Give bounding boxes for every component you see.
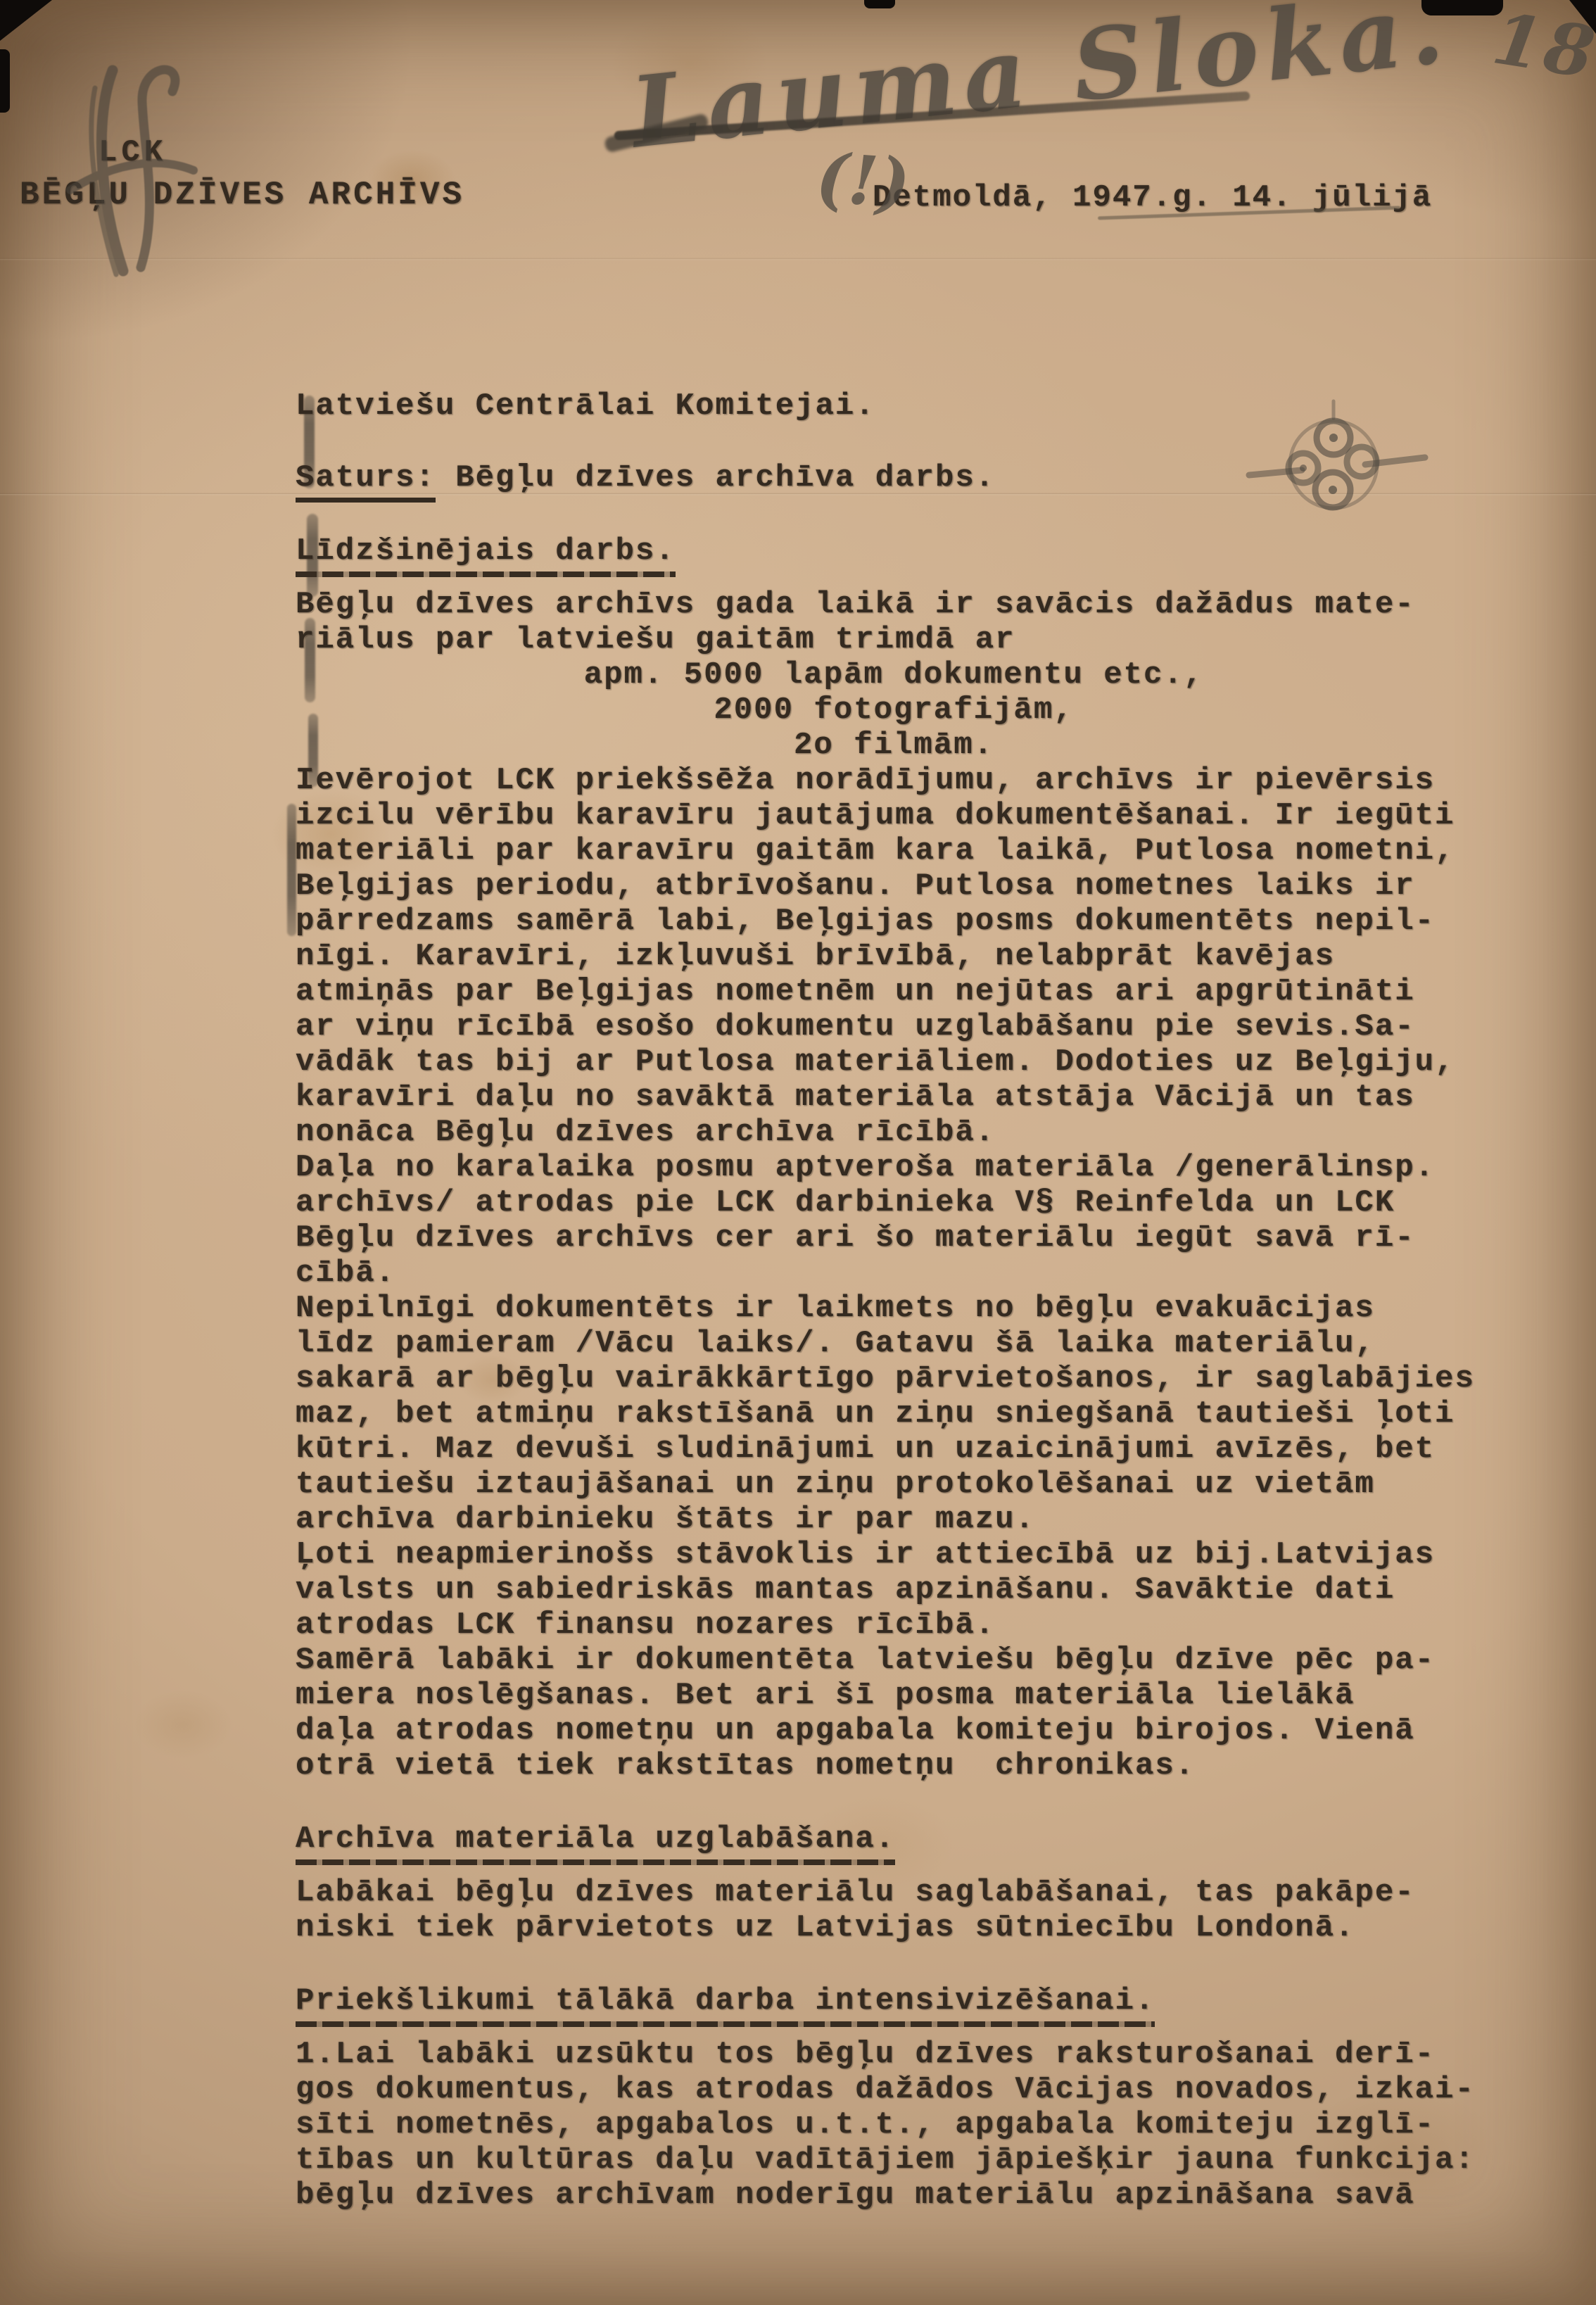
text-line: līdz pamieram /Vācu laiks/. Gatavu šā la… (296, 1326, 1492, 1361)
scan-edge-mark (864, 0, 895, 8)
paragraph: Labākai bēgļu dzīves materiālu saglabāša… (296, 1875, 1492, 1945)
document-body: Latviešu Centrālai Komitejai.Saturs: Bēg… (296, 389, 1492, 2213)
text-line: archīvs/ atrodas pie LCK darbinieka V§ R… (296, 1185, 1492, 1220)
text-line: tības un kultūras daļu vadītājiem jāpieš… (296, 2142, 1492, 2178)
section-heading: Archīva materiāla uzglabāšana. (296, 1821, 1492, 1865)
text-line: materiāli par karavīru gaitām kara laikā… (296, 833, 1492, 869)
text-line: Beļgijas periodu, atbrīvošanu. Putlosa n… (296, 869, 1492, 904)
text-line: sīti nometnēs, apgabalos u.t.t., apgabal… (296, 2107, 1492, 2142)
text-line: valsts un sabiedriskās mantas apzināšanu… (296, 1572, 1492, 1608)
page-number: 18 (1488, 0, 1596, 95)
paragraph: Bēgļu dzīves archīvs gada laikā ir savāc… (296, 587, 1492, 657)
paragraph: Ievērojot LCK priekšsēža norādījumu, arc… (296, 763, 1492, 1150)
text-line: cībā. (296, 1256, 1492, 1291)
text-line: kūtri. Maz devuši sludinājumi un uzaicin… (296, 1432, 1492, 1467)
section-heading: Līdzšinējais darbs. (296, 533, 1492, 577)
subject-label: Saturs: (296, 460, 436, 503)
text-line: 1.Lai labāki uzsūktu tos bēgļu dzīves ra… (296, 2037, 1492, 2072)
text-line: bēgļu dzīves archīvam noderīgu materiālu… (296, 2178, 1492, 2213)
text-line: maz, bet atmiņu rakstīšanā un ziņu snieg… (296, 1396, 1492, 1432)
paragraph: Samērā labāki ir dokumentēta latviešu bē… (296, 1643, 1492, 1783)
text-line: gos dokumentus, kas atrodas dažādos Vāci… (296, 2072, 1492, 2107)
text-line: Labākai bēgļu dzīves materiālu saglabāša… (296, 1875, 1492, 1910)
text-line: Samērā labāki ir dokumentēta latviešu bē… (296, 1643, 1492, 1678)
text-line: archīva darbinieku štāts ir par mazu. (296, 1502, 1492, 1537)
exclamation-mark: (!) (813, 137, 913, 223)
text-line: Nepilnīgi dokumentēts ir laikmets no bēg… (296, 1291, 1492, 1326)
text-line: miera noslēgšanas. Bet ari šī posma mate… (296, 1678, 1492, 1713)
paragraph: Latviešu Centrālai Komitejai. (296, 389, 1492, 424)
text-line: Latviešu Centrālai Komitejai. (296, 389, 1492, 424)
text-line: Archīva materiāla uzglabāšana. (296, 1821, 895, 1865)
text-line: 2o filmām. (296, 728, 1492, 763)
section-heading: Priekšlikumi tālākā darba intensivizēšan… (296, 1983, 1492, 2027)
text-line: atmiņās par Beļgijas nometnēm un nejūtas… (296, 974, 1492, 1009)
text-line: otrā vietā tiek rakstītas nometņu chroni… (296, 1748, 1492, 1783)
text-line: atrodas LCK finansu nozares rīcībā. (296, 1608, 1492, 1643)
text-line: Līdzšinējais darbs. (296, 533, 676, 577)
text-line: daļa atrodas nometņu un apgabala komitej… (296, 1713, 1492, 1748)
text-line: Bēgļu dzīves archīvs cer ari šo materiāl… (296, 1220, 1492, 1256)
paragraph: Saturs: Bēgļu dzīves archīva darbs. (296, 460, 1492, 495)
subject-text: Bēgļu dzīves archīva darbs. (436, 460, 995, 495)
text-line: niski tiek pārvietots uz Latvijas sūtnie… (296, 1910, 1492, 1945)
text-line: karavīri daļu no savāktā materiāla atstā… (296, 1080, 1492, 1115)
scan-edge-mark (0, 49, 10, 113)
text-line: Ļoti neapmierinošs stāvoklis ir attiecīb… (296, 1537, 1492, 1572)
text-line: apm. 5000 lapām dokumentu etc., (296, 657, 1492, 693)
paragraph: Ļoti neapmierinošs stāvoklis ir attiecīb… (296, 1537, 1492, 1643)
paragraph: Nepilnīgi dokumentēts ir laikmets no bēg… (296, 1291, 1492, 1537)
text-line: nīgi. Karavīri, izkļuvuši brīvībā, nelab… (296, 939, 1492, 974)
paragraph: 1.Lai labāki uzsūktu tos bēgļu dzīves ra… (296, 2037, 1492, 2213)
text-line: Daļa no karalaika posmu aptveroša materi… (296, 1150, 1492, 1185)
text-line: 2000 fotografijām, (296, 693, 1492, 728)
text-line: tautiešu iztaujāšanai un ziņu protokolēš… (296, 1467, 1492, 1502)
text-line: Ievērojot LCK priekšsēža norādījumu, arc… (296, 763, 1492, 798)
text-line: ar viņu rīcībā esošo dokumentu uzglabāša… (296, 1009, 1492, 1044)
paragraph: apm. 5000 lapām dokumentu etc.,2000 foto… (296, 657, 1492, 763)
text-line: izcilu vērību karavīru jautājuma dokumen… (296, 798, 1492, 833)
text-line: sakarā ar bēgļu vairākkārtīgo pārvietoša… (296, 1361, 1492, 1396)
text-line: Bēgļu dzīves archīvs gada laikā ir savāc… (296, 587, 1492, 622)
paragraph: Daļa no karalaika posmu aptveroša materi… (296, 1150, 1492, 1291)
text-line: pārredzams samērā labi, Beļgijas posms d… (296, 904, 1492, 939)
text-line: Priekšlikumi tālākā darba intensivizēšan… (296, 1983, 1155, 2027)
text-line: vādāk tas bij ar Putlosa materiāliem. Do… (296, 1044, 1492, 1080)
text-line: riālus par latviešu gaitām trimdā ar (296, 622, 1492, 657)
monogram-mark (28, 49, 211, 289)
text-line: nonāca Bēgļu dzīves archīva rīcībā. (296, 1115, 1492, 1150)
